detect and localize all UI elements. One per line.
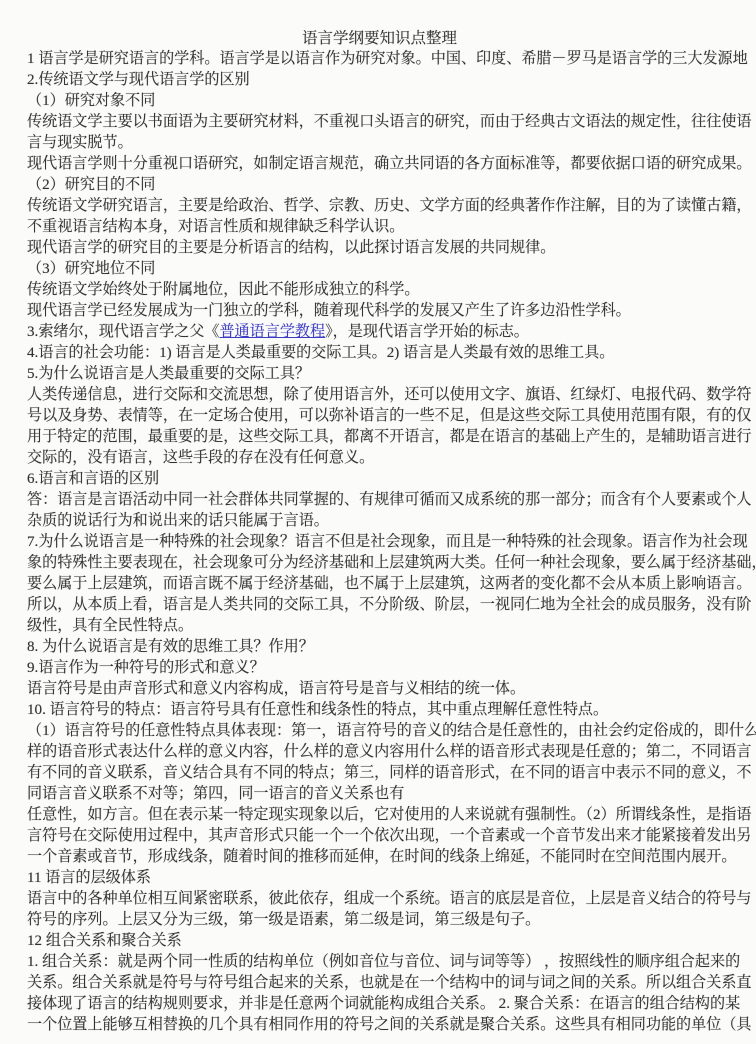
- document-title: 语言学纲要知识点整理: [27, 28, 732, 49]
- text-segment: 答：语言是言语活动中同一社会群体共同掌握的、有规律可循而又成系统的那一部分；而含…: [27, 492, 752, 508]
- text-segment: 所以，从本质上看，语言是人类共同的交际工具，不分阶级、阶层，一视同仁地为全社会的…: [27, 597, 752, 613]
- text-segment: 同语言音义联系不对等；第四，同一语言的音义关系也有: [27, 786, 404, 802]
- text-line: 言与现实脱节。: [27, 133, 732, 154]
- text-segment: （3）研究地位不同: [27, 261, 155, 277]
- text-segment: 交际的，没有语言，这些手段的存在没有任何意义。: [27, 450, 374, 466]
- text-line: 7.为什么说语言是一种特殊的社会现象？语言不但是社会现象，而且是一种特殊的社会现…: [27, 532, 732, 553]
- text-line: 现代语言学的研究目的主要是分析语言的结构，以此探讨语言发展的共同规律。: [27, 238, 732, 259]
- text-line: 5.为什么说语言是人类最重要的交际工具？: [27, 364, 732, 385]
- text-line: 一个音素或音节，形成线条，随着时间的推移而延伸，在时间的线条上绵延，不能同时在空…: [27, 847, 732, 868]
- text-line: 交际的，没有语言，这些手段的存在没有任何意义。: [27, 448, 732, 469]
- text-segment: 11 语言的层级体系: [27, 870, 151, 886]
- text-segment: 5.为什么说语言是人类最重要的交际工具？: [27, 366, 310, 382]
- text-line: 答：语言是言语活动中同一社会群体共同掌握的、有规律可循而又成系统的那一部分；而含…: [27, 490, 732, 511]
- text-line: 传统语文学主要以书面语为主要研究材料，不重视口头语言的研究，而由于经典古文语法的…: [27, 112, 732, 133]
- text-line: 不重视语言结构本身，对语言性质和规律缺乏科学认识。: [27, 217, 732, 238]
- text-line: 11 语言的层级体系: [27, 868, 732, 889]
- text-line: 言符号在交际使用过程中，其声音形式只能一个一个依次出现，一个音素或一个音节发出来…: [27, 826, 732, 847]
- text-segment: 一个音素或音节，形成线条，随着时间的推移而延伸，在时间的线条上绵延，不能同时在空…: [27, 849, 736, 865]
- text-segment: 符号的序列。上层又分为三级，第一级是语素，第二级是词，第三级是句子。: [27, 912, 540, 928]
- text-line: 1. 组合关系：就是两个同一性质的结构单位（例如音位与音位、词与词等等） ，按照…: [27, 952, 732, 973]
- text-line: 传统语文学研究语言，主要是给政治、哲学、宗教、历史、文学方面的经典著作作注解，目…: [27, 196, 732, 217]
- text-segment: 言符号在交际使用过程中，其声音形式只能一个一个依次出现，一个音素或一个音节发出来…: [27, 828, 752, 844]
- text-segment: 杂质的说话行为和说出来的话只能属于言语。: [27, 513, 329, 529]
- text-segment: 语言中的各种单位相互间紧密联系，彼此依存，组成一个系统。语言的底层是音位，上层是…: [27, 891, 752, 907]
- text-segment: 接体现了语言的结构规则要求，并非是任意两个词就能构成组合关系。 2. 聚合关系：…: [27, 996, 740, 1012]
- text-line: 12 组合关系和聚合关系: [27, 931, 732, 952]
- text-segment: 1. 组合关系：就是两个同一性质的结构单位（例如音位与音位、词与词等等） ，按照…: [27, 954, 740, 970]
- text-line: 接体现了语言的结构规则要求，并非是任意两个词就能构成组合关系。 2. 聚合关系：…: [27, 994, 732, 1015]
- text-line: （1）语言符号的任意性特点具体表现：第一，语言符号的音义的结合是任意性的，由社会…: [27, 721, 732, 742]
- text-line: 语言符号是由声音形式和意义内容构成，语言符号是音与义相结的统一体。: [27, 679, 732, 700]
- text-line: 象的特殊性主要表现在，社会现象可分为经济基础和上层建筑两大类。任何一种社会现象，…: [27, 553, 732, 574]
- text-line: 任意性，如方言。但在表示某一特定现实现象以后，它对使用的人来说就有强制性。（2）…: [27, 805, 732, 826]
- text-segment: 号以及身势、表情等，在一定场合使用，可以弥补语言的一些不足，但是这些交际工具使用…: [27, 408, 752, 424]
- text-segment: 传统语文学主要以书面语为主要研究材料，不重视口头语言的研究，而由于经典古文语法的…: [27, 114, 752, 130]
- text-segment: 4.语言的社会功能：1) 语言是人类最重要的交际工具。2) 语言是人类最有效的思…: [27, 345, 614, 361]
- text-line: 传统语文学始终处于附属地位，因此不能形成独立的科学。: [27, 280, 732, 301]
- document-lines: 1 语言学是研究语言的学科。语言学是以语言作为研究对象。中国、印度、希腊－罗马是…: [27, 49, 732, 1036]
- text-segment: 样的语音形式表达什么样的意义内容，什么样的意义内容用什么样的语音形式表现是任意的…: [27, 744, 752, 760]
- text-segment: 6.语言和言语的区别: [27, 471, 159, 487]
- text-line: （1）研究对象不同: [27, 91, 732, 112]
- text-segment: 用于特定的范围，最重要的是，这些交际工具，都离不开语言，都是在语言的基础上产生的…: [27, 429, 752, 445]
- text-line: 10. 语言符号的特点：语言符号具有任意性和线条性的特点，其中重点理解任意性特点…: [27, 700, 732, 721]
- text-segment: （1）语言符号的任意性特点具体表现：第一，语言符号的音义的结合是任意性的，由社会…: [27, 723, 756, 739]
- text-line: 一个位置上能够互相替换的几个具有相同作用的符号之间的关系就是聚合关系。这些具有相…: [27, 1015, 732, 1036]
- text-segment: 级性，具有全民性特点。: [27, 618, 193, 634]
- text-segment: 关系。组合关系就是符号与符号组合起来的关系，也就是在一个结构中的词与词之间的关系…: [27, 975, 752, 991]
- text-line: （2）研究目的不同: [27, 175, 732, 196]
- text-line: 2.传统语文学与现代语言学的区别: [27, 70, 732, 91]
- text-line: 6.语言和言语的区别: [27, 469, 732, 490]
- text-segment: 任意性，如方言。但在表示某一特定现实现象以后，它对使用的人来说就有强制性。（2）…: [27, 807, 752, 823]
- text-line: 要么属于上层建筑，而语言既不属于经济基础，也不属于上层建筑，这两者的变化都不会从…: [27, 574, 732, 595]
- text-line: （3）研究地位不同: [27, 259, 732, 280]
- text-segment: 8. 为什么说语言是有效的思维工具？作用？: [27, 639, 314, 655]
- text-segment: 》，是现代语言学开始的标志。: [325, 324, 529, 340]
- text-line: 同语言音义联系不对等；第四，同一语言的音义关系也有: [27, 784, 732, 805]
- text-line: 3.索绪尔，现代语言学之父《普通语言学教程》，是现代语言学开始的标志。: [27, 322, 732, 343]
- text-line: 号以及身势、表情等，在一定场合使用，可以弥补语言的一些不足，但是这些交际工具使用…: [27, 406, 732, 427]
- text-line: 现代语言学则十分重视口语研究，如制定语言规范，确立共同语的各方面标准等，都要依据…: [27, 154, 732, 175]
- text-line: 8. 为什么说语言是有效的思维工具？作用？: [27, 637, 732, 658]
- hyperlink-putong-yuyanxue-jiaocheng[interactable]: 普通语言学教程: [219, 324, 325, 340]
- text-segment: 传统语文学研究语言，主要是给政治、哲学、宗教、历史、文学方面的经典著作作注解，目…: [27, 198, 752, 214]
- text-line: 4.语言的社会功能：1) 语言是人类最重要的交际工具。2) 语言是人类最有效的思…: [27, 343, 732, 364]
- text-line: 符号的序列。上层又分为三级，第一级是语素，第二级是词，第三级是句子。: [27, 910, 732, 931]
- text-segment: 1 语言学是研究语言的学科。语言学是以语言作为研究对象。中国、印度、希腊－罗马是…: [27, 51, 748, 67]
- text-segment: 象的特殊性主要表现在，社会现象可分为经济基础和上层建筑两大类。任何一种社会现象，…: [27, 555, 756, 571]
- text-line: 杂质的说话行为和说出来的话只能属于言语。: [27, 511, 732, 532]
- text-segment: 人类传递信息，进行交际和交流思想，除了使用语言外，还可以使用文字、旗语、红绿灯、…: [27, 387, 752, 403]
- text-line: 所以，从本质上看，语言是人类共同的交际工具，不分阶级、阶层，一视同仁地为全社会的…: [27, 595, 732, 616]
- text-segment: 现代语言学则十分重视口语研究，如制定语言规范，确立共同语的各方面标准等，都要依据…: [27, 156, 752, 172]
- text-segment: （2）研究目的不同: [27, 177, 155, 193]
- text-segment: 3.索绪尔，现代语言学之父《: [27, 324, 219, 340]
- text-line: 语言中的各种单位相互间紧密联系，彼此依存，组成一个系统。语言的底层是音位，上层是…: [27, 889, 732, 910]
- text-line: 现代语言学已经发展成为一门独立的学科，随着现代科学的发展又产生了许多边沿性学科。: [27, 301, 732, 322]
- text-line: 9.语言作为一种符号的形式和意义？: [27, 658, 732, 679]
- text-line: 级性，具有全民性特点。: [27, 616, 732, 637]
- text-line: 1 语言学是研究语言的学科。语言学是以语言作为研究对象。中国、印度、希腊－罗马是…: [27, 49, 732, 70]
- text-segment: 有不同的音义联系，音义结合具有不同的特点；第三，同样的语音形式，在不同的语言中表…: [27, 765, 752, 781]
- text-line: 样的语音形式表达什么样的意义内容，什么样的意义内容用什么样的语音形式表现是任意的…: [27, 742, 732, 763]
- text-segment: 要么属于上层建筑，而语言既不属于经济基础，也不属于上层建筑，这两者的变化都不会从…: [27, 576, 752, 592]
- text-segment: 现代语言学的研究目的主要是分析语言的结构，以此探讨语言发展的共同规律。: [27, 240, 555, 256]
- text-segment: 12 组合关系和聚合关系: [27, 933, 182, 949]
- text-segment: 9.语言作为一种符号的形式和意义？: [27, 660, 265, 676]
- document-page: 语言学纲要知识点整理 1 语言学是研究语言的学科。语言学是以语言作为研究对象。中…: [0, 0, 756, 1044]
- text-segment: 2.传统语文学与现代语言学的区别: [27, 72, 250, 88]
- text-line: 有不同的音义联系，音义结合具有不同的特点；第三，同样的语音形式，在不同的语言中表…: [27, 763, 732, 784]
- text-segment: 10. 语言符号的特点：语言符号具有任意性和线条性的特点，其中重点理解任意性特点…: [27, 702, 608, 718]
- text-segment: 现代语言学已经发展成为一门独立的学科，随着现代科学的发展又产生了许多边沿性学科。: [27, 303, 631, 319]
- text-segment: 一个位置上能够互相替换的几个具有相同作用的符号之间的关系就是聚合关系。这些具有相…: [27, 1017, 752, 1033]
- text-segment: 不重视语言结构本身，对语言性质和规律缺乏科学认识。: [27, 219, 404, 235]
- text-segment: 传统语文学始终处于附属地位，因此不能形成独立的科学。: [27, 282, 419, 298]
- text-line: 用于特定的范围，最重要的是，这些交际工具，都离不开语言，都是在语言的基础上产生的…: [27, 427, 732, 448]
- text-line: 关系。组合关系就是符号与符号组合起来的关系，也就是在一个结构中的词与词之间的关系…: [27, 973, 732, 994]
- text-segment: 语言符号是由声音形式和意义内容构成，语言符号是音与义相结的统一体。: [27, 681, 525, 697]
- text-line: 人类传递信息，进行交际和交流思想，除了使用语言外，还可以使用文字、旗语、红绿灯、…: [27, 385, 732, 406]
- text-segment: （1）研究对象不同: [27, 93, 155, 109]
- text-segment: 言与现实脱节。: [27, 135, 133, 151]
- text-segment: 7.为什么说语言是一种特殊的社会现象？语言不但是社会现象，而且是一种特殊的社会现…: [27, 534, 748, 550]
